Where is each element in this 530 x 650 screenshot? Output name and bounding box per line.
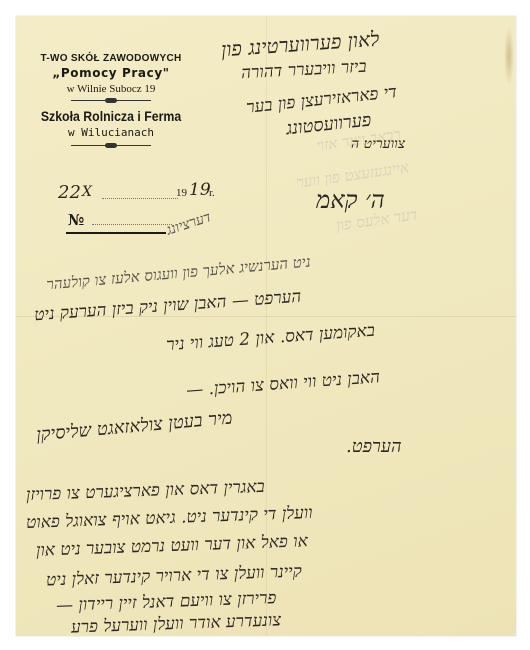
date-suffix: r. xyxy=(209,187,215,199)
handwritten-line: די פאראזירעצן פון בער xyxy=(245,82,398,118)
date-dotted-line xyxy=(102,198,178,199)
handwritten-line: האבן ניט ווי וואס צו הויכן. — xyxy=(186,367,381,400)
date-field: 22 X 19 19 r. xyxy=(58,182,218,206)
handwritten-line: צונעדרע אודר וועלן ווערעל פרע xyxy=(71,610,282,637)
date-year: 19 xyxy=(189,180,211,200)
handwritten-line: קיינר וועלן צו די ארויר קינדער זאלן ניט xyxy=(46,562,302,591)
letterhead-society-title: „Pomocy Pracy" xyxy=(16,66,206,80)
letterhead-location: w Wilucianach xyxy=(16,126,206,139)
number-sign: № xyxy=(68,211,84,229)
handwritten-line: וועלן די קינדער ניט. גיאט אויף צואוגל פא… xyxy=(26,503,313,533)
ornament-divider xyxy=(71,100,151,101)
letterhead-school-name: Szkoła Rolnicza i Ferma xyxy=(27,108,194,124)
letter-paper: רבאר ווער אזוי איינגעזעצט פון ווער דער א… xyxy=(16,16,516,636)
handwritten-line: הערפט — האבן שוין ניק ביזן הערעק ניט xyxy=(34,287,302,326)
handwritten-line: מיר בעטן צולאזאגט שליסיקן xyxy=(35,407,233,445)
letterhead-address: w Wilnie Subocz 19 xyxy=(16,83,206,95)
number-dotted-line xyxy=(92,224,172,225)
handwritten-line: באגרין דאס און פארציגערט צו פרויזן xyxy=(26,477,265,505)
date-year-prefix: 19 xyxy=(176,187,187,199)
greeting: ה׳ קאמ xyxy=(316,186,385,215)
slanted-note: דערציונג xyxy=(164,209,213,239)
handwritten-line: ביזר וויבערר דהורה xyxy=(241,57,367,84)
handwritten-line: באקומען דאס. און 2 טעג ווי ניר xyxy=(166,321,376,356)
handwritten-line: או פאל און דער וועט נרמט צובער ניט און xyxy=(36,531,308,560)
handwritten-line: הערפט. xyxy=(346,436,402,457)
ornament-divider xyxy=(71,145,151,146)
handwritten-line: צוועריט ה xyxy=(351,136,405,153)
paper-stain xyxy=(504,26,514,86)
date-day: 22 xyxy=(58,182,81,203)
letterhead-rule xyxy=(66,232,166,234)
date-month: X xyxy=(82,184,92,200)
letterhead-society-name: T-WO SKÓŁ ZAWODOWYCH xyxy=(16,53,206,64)
